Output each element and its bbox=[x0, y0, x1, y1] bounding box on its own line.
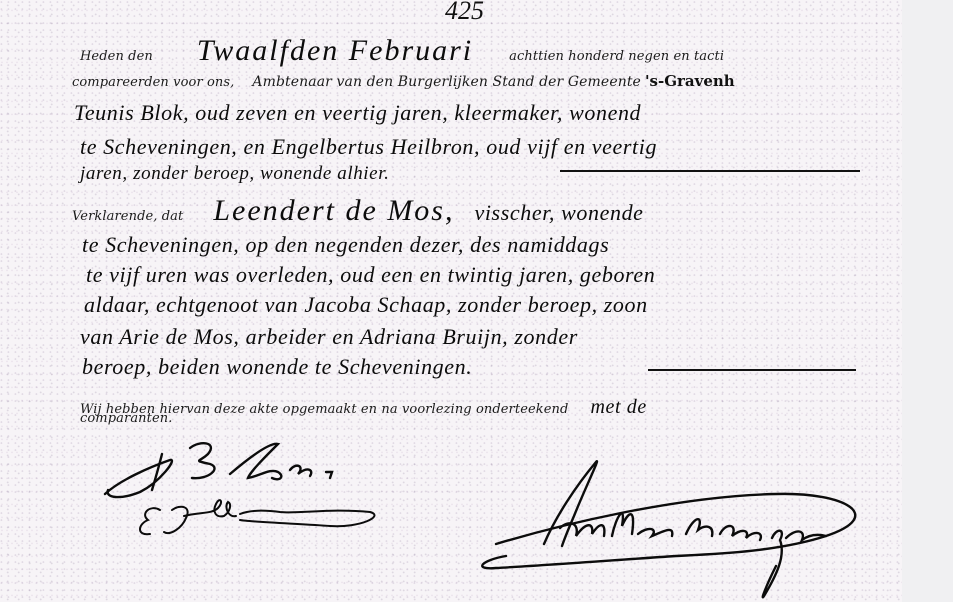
line-parents-residence: beroep, beiden wonende te Scheveningen. bbox=[82, 354, 472, 380]
printed-year: achttien honderd negen en tacti bbox=[509, 49, 724, 64]
signature-official-icon bbox=[476, 456, 866, 602]
line-death-time: te vijf uren was overleden, oud een en t… bbox=[86, 262, 655, 288]
handwritten-occupation: visscher, wonende bbox=[474, 200, 643, 225]
scan-margin bbox=[902, 0, 953, 602]
line-date: Heden den Twaalfden Februari achttien ho… bbox=[80, 34, 724, 68]
filler-rule bbox=[560, 170, 860, 172]
signature-witness-1 bbox=[100, 432, 380, 552]
line-witness-2-cont: jaren, zonder beroep, wonende alhier. bbox=[80, 163, 389, 185]
printed-ambtenaar: Ambtenaar van den Burgerlijken Stand der… bbox=[252, 74, 641, 90]
handwritten-date: Twaalfden Februari bbox=[197, 34, 473, 67]
line-witness-2: te Scheveningen, en Engelbertus Heilbron… bbox=[80, 134, 657, 160]
printed-heden-den: Heden den bbox=[80, 49, 153, 64]
line-death-place: te Scheveningen, op den negenden dezer, … bbox=[82, 232, 609, 258]
printed-verklarende: Verklarende, dat bbox=[72, 209, 183, 224]
filler-rule bbox=[648, 369, 856, 371]
printed-municipality: 's-Gravenh bbox=[645, 72, 735, 90]
line-parents: van Arie de Mos, arbeider en Adriana Bru… bbox=[80, 324, 578, 350]
signature-official bbox=[476, 456, 866, 602]
printed-compareerden: compareerden voor ons, bbox=[72, 75, 234, 90]
line-appeared: compareerden voor ons, Ambtenaar van den… bbox=[72, 72, 735, 91]
civil-record-page: 425 Heden den Twaalfden Februari achttie… bbox=[0, 0, 902, 602]
page-number: 425 bbox=[445, 0, 484, 26]
line-declaring: Verklarende, dat Leendert de Mos, vissch… bbox=[72, 194, 644, 228]
line-spouse: aldaar, echtgenoot van Jacoba Schaap, zo… bbox=[84, 292, 648, 318]
signature-blok-icon bbox=[100, 432, 380, 552]
printed-comparanten: comparanten. bbox=[80, 411, 172, 426]
line-witness-1: Teunis Blok, oud zeven en veertig jaren,… bbox=[74, 100, 641, 126]
handwritten-deceased-name: Leendert de Mos, bbox=[213, 194, 454, 227]
handwritten-met-de: met de bbox=[590, 396, 646, 418]
